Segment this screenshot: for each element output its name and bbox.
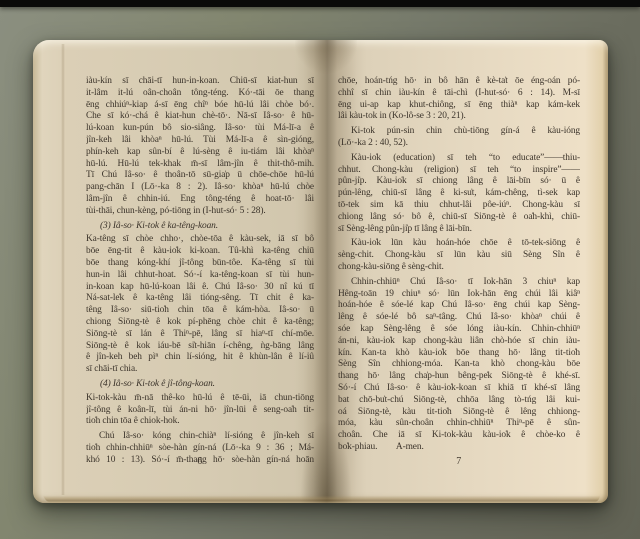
text-line: Chú Iâ-so· kóng chin-chiàⁿ lí-sióng ê jî… xyxy=(86,431,314,443)
text-line: chiong lâng só· bô ê, chiū-sī Siōng-tè ê… xyxy=(338,212,580,224)
text-line: bo̍k-phiau. A-men. xyxy=(338,442,580,454)
text-line: thang hō· lâng cha̍p-hun bêng-pe̍k Siōng… xyxy=(338,371,580,383)
text-line: hū-lú. Hū-lú tek-khak m̄-sī lâm-jîn ê th… xyxy=(86,159,314,171)
text-line: it-lâm it-lú oân-choân tông-téng. Kó·-tā… xyxy=(86,88,314,100)
text-line: phín-keh kap sûn-bí ê lú-sèng ê iu-tiám … xyxy=(86,147,314,159)
text-line: hoán-hóe ê sóe-lé kap Chú Iâ-so· ēng chú… xyxy=(338,300,580,312)
text-line: jî-tông ê koân-lī, tùi án-ni hō· jîn-lūi… xyxy=(86,405,314,417)
text-line: sī chāi-tī chia. xyxy=(86,364,314,376)
text-line: choân. Che iā sī Ki-tok-kàu kàu-io̍k ê c… xyxy=(338,430,580,442)
text-line: ê jîn-keh beh pìⁿ chin lí-sióng, hit ê k… xyxy=(86,352,314,364)
text-line: bōe thang kóng-khí jî-tông būn-tôe. Ka-t… xyxy=(86,258,314,270)
page-right-text: chōe, hoán-tńg hō· in bô hān ê kè-ta̍t ō… xyxy=(338,76,580,454)
text-line: Ki-tok pún-sin chin chù-tiōng gín-á ê kà… xyxy=(338,126,580,138)
text-line: oá Siōng-tè, kàu tit-tio̍h Siōng-tè ê lê… xyxy=(338,407,580,419)
text-line: Siōng-tè ê kok iáu-bē si̍t-hiān í-chêng,… xyxy=(86,341,314,353)
text-line: pûn-ji̍p. Kàu-io̍k sī chiong lâng ê lāi-… xyxy=(338,176,580,188)
text-line: chong-kàu-siōng ê sèng-chit. xyxy=(338,262,580,274)
photo-background: iàu-kín sī chāi-tī hun-in-koan. Chiū-sī … xyxy=(0,0,640,539)
text-line: Kàu-io̍k lūn kàu hoán-hóe chōe ê tō-tek-… xyxy=(338,238,580,250)
text-line: (Lō·-ka 2 : 40, 52). xyxy=(338,138,580,150)
text-line: pún-lêng, chiū-sī lâng ê ki-su̍t, kám-ch… xyxy=(338,188,580,200)
page-left-text: iàu-kín sī chāi-tī hun-in-koan. Chiū-sī … xyxy=(86,76,314,467)
text-line: pang-chān I (Lō·-ka 8 : 2). Iâ-so· khòaⁿ… xyxy=(86,182,314,194)
page-number-right: 7 xyxy=(338,456,580,467)
text-line: bat chō-bu̍t-chú Siōng-tè, chhōa lâng tò… xyxy=(338,395,580,407)
text-line: lêng ê sóe-lé bô saⁿ-tâng. Chú Iâ-so· kh… xyxy=(338,312,580,324)
text-line: lú-koan kun-pún bô sio-siâng. Iâ-so· tùi… xyxy=(86,123,314,135)
text-line: Kàu-io̍k (education) sī teh “to educate”… xyxy=(338,153,580,165)
text-line: lâm-jîn ê chhin-iú. Ēng tông-téng ê hoat… xyxy=(86,194,314,206)
text-line: chōe, hoán-tńg hō· in bô hān ê kè-ta̍t ō… xyxy=(338,76,580,88)
text-line: Tī Chú Iâ-so· ê thoân-tō sū-gia̍p ū chōe… xyxy=(86,170,314,182)
text-line: kín. Kan-ta khò kàu-io̍k bōe thang hō· l… xyxy=(338,348,580,360)
text-line: tùi-thāi, chun-kèng, pó-tiōng in (Í-hut-… xyxy=(86,206,314,218)
text-line: tō-tek sim kā thiu chhut-lâi pôe-iúⁿ. Ch… xyxy=(338,200,580,212)
text-line: iàu-kín sī chāi-tī hun-in-koan. Chiū-sī … xyxy=(86,76,314,88)
text-line: Sèng Sîn chhiong-móa. Kan-ta khò chong-k… xyxy=(338,359,580,371)
section-heading: (4) Iâ-so· Ki-tok ê jî-tông-koan. xyxy=(86,376,314,393)
text-line: sī Sèng-lêng pûn-ji̍p tī lâng ê lāi-bīn. xyxy=(338,224,580,236)
page-number-left: 6 xyxy=(86,456,314,467)
section-heading: (3) Iâ-so· Ki-tok ê ka-têng-koan. xyxy=(86,218,314,235)
text-line: sèng-chit. Chong-kàu sī lūn kàu siū Sèng… xyxy=(338,250,580,262)
text-line: hun-in lâi chhut-hoat. Só·-í ka-têng-koa… xyxy=(86,270,314,282)
text-line: tio̍h chin tōa ê chiok-hok. xyxy=(86,416,314,428)
text-line: ēng ui-ap kap khut-chiông, sī ēng thiàⁿ … xyxy=(338,100,580,112)
text-line: Ka-têng sī chòe chho·, chòe-tōa ê kàu-se… xyxy=(86,234,314,246)
text-line: in-koan kap hū-lú-koan lâi ê. Chú Iâ-so·… xyxy=(86,282,314,294)
text-line: lâi kàu-tok in (Ko-lô-se 3 : 20, 21). xyxy=(338,111,580,123)
text-line: têng Iâ-so· siū-tio̍h chin tōa ê kám-hòa… xyxy=(86,305,314,317)
left-page-crease xyxy=(61,44,65,495)
text-line: sóe kap Sèng-lêng ê sóe lóng iàu-kín. Ch… xyxy=(338,324,580,336)
text-line: ēng chhiúⁿ-kiap á-sī ēng chîⁿ bóe hū-lú … xyxy=(86,100,314,112)
text-line: tio̍h chhin-chhiūⁿ sòe-hàn gín-ná (Lō·-k… xyxy=(86,443,314,455)
text-line: chhî sī chin iàu-kín ê tāi-chì (Í-hut-só… xyxy=(338,88,580,100)
text-line: Che sī kó·-chá ê kiat-hun chè-tō·. Nā-sī… xyxy=(86,111,314,123)
open-book: iàu-kín sī chāi-tī hun-in-koan. Chiū-sī … xyxy=(33,40,608,503)
text-line: chiong Siōng-tè ê kok pí-phēng chòe chit… xyxy=(86,317,314,329)
top-black-bar xyxy=(0,0,640,7)
text-line: án-ni, kàu-io̍k kap chong-kàu liân chò-h… xyxy=(338,336,580,348)
text-line: móa, kàu sûn-choân chhin-chhiūⁿ Thiⁿ-pē … xyxy=(338,418,580,430)
text-line: jîn-keh lâi khòaⁿ hū-lú. Tùi Má-lī-a ê s… xyxy=(86,135,314,147)
text-line: Só·-í Chú Iâ-so· ê kàu-io̍k-koan sī khiā… xyxy=(338,383,580,395)
text-line: bōe ēng-tit ê kàu-io̍k ki-koan. Tû-khì k… xyxy=(86,246,314,258)
text-line: chhut. Chong-kàu (religion) sī teh “to i… xyxy=(338,165,580,177)
text-line: Siōng-tè sī lán ê Thiⁿ-pē, lâng sī hiaⁿ-… xyxy=(86,329,314,341)
text-line: Ki-tok-kàu m̄-nā thê-ko hū-lú ê tē-ūi, i… xyxy=(86,393,314,405)
text-line: Hêng-toān 19 chiuⁿ só· lūn Iok-hān ēng c… xyxy=(338,289,580,301)
text-line: Ná-sat-le̍k ê ka-têng lâi tióng-sêng. Tī… xyxy=(86,293,314,305)
text-line: Chhin-chhiūⁿ Chú Iâ-so· tī Iok-hān 3 chi… xyxy=(338,277,580,289)
